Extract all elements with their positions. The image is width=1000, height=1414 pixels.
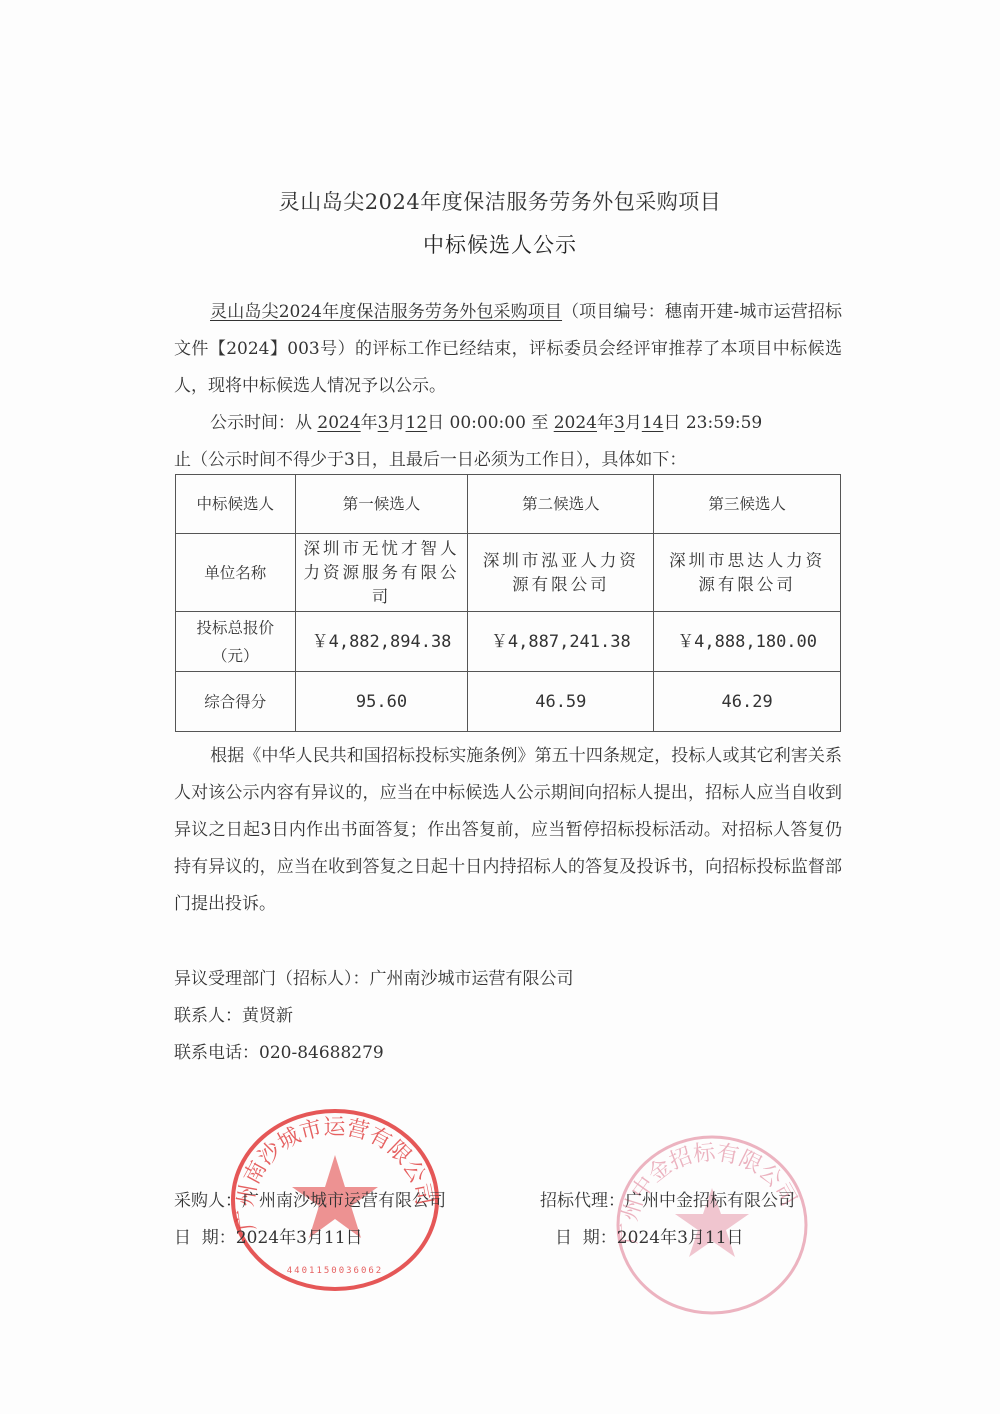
purchaser-signature: 采购人：广州南沙城市运营有限公司 bbox=[174, 1186, 446, 1211]
period-paragraph: 公示时间：从 2024年3月12日 00:00:00 至 2024年3月14日 … bbox=[174, 405, 842, 479]
row-label-company: 单位名称 bbox=[176, 534, 296, 612]
month-char: 月 bbox=[389, 413, 406, 433]
end-month: 3 bbox=[614, 413, 625, 433]
contact-phone: 联系电话：020-84688279 bbox=[174, 1038, 384, 1063]
year-char-2: 年 bbox=[597, 413, 614, 433]
end-year: 2024 bbox=[554, 413, 597, 433]
start-day: 12 bbox=[406, 413, 428, 433]
row-label-score: 综合得分 bbox=[176, 672, 296, 732]
objection-paragraph: 根据《中华人民共和国招标投标实施条例》第五十四条规定，投标人或其它利害关系人对该… bbox=[174, 738, 842, 923]
day-char-2: 日 bbox=[663, 413, 680, 433]
rank-2: 第二候选人 bbox=[468, 475, 654, 534]
to-char: 至 bbox=[531, 413, 548, 433]
start-month: 3 bbox=[378, 413, 389, 433]
month-char-2: 月 bbox=[625, 413, 642, 433]
contact-person: 联系人：黄贤新 bbox=[174, 1001, 293, 1026]
objection-text: 根据《中华人民共和国招标投标实施条例》第五十四条规定，投标人或其它利害关系人对该… bbox=[174, 746, 842, 914]
table-row-score: 综合得分 95.60 46.59 46.29 bbox=[176, 672, 841, 732]
price-2: ￥4,887,241.38 bbox=[468, 612, 654, 672]
candidates-table: 中标候选人 第一候选人 第二候选人 第三候选人 单位名称 深圳市无忧才智人力资源… bbox=[175, 474, 841, 732]
price-label-line2: （元） bbox=[212, 647, 259, 665]
score-3: 46.29 bbox=[654, 672, 841, 732]
price-3: ￥4,888,180.00 bbox=[654, 612, 841, 672]
document-page: 灵山岛尖2024年度保洁服务劳务外包采购项目 中标候选人公示 灵山岛尖2024年… bbox=[0, 0, 1000, 1414]
start-year: 2024 bbox=[317, 413, 360, 433]
company-3: 深圳市思达人力资源有限公司 bbox=[654, 534, 841, 612]
company-2: 深圳市泓亚人力资源有限公司 bbox=[468, 534, 654, 612]
rank-1: 第一候选人 bbox=[295, 475, 468, 534]
table-row-header: 中标候选人 第一候选人 第二候选人 第三候选人 bbox=[176, 475, 841, 534]
agent-date: 日 期：2024年3月11日 bbox=[555, 1223, 744, 1248]
table-row-company: 单位名称 深圳市无忧才智人力资源服务有限公司 深圳市泓亚人力资源有限公司 深圳市… bbox=[176, 534, 841, 612]
document-subtitle: 中标候选人公示 bbox=[0, 229, 1000, 259]
score-2: 46.59 bbox=[468, 672, 654, 732]
svg-text:4401150036062: 4401150036062 bbox=[287, 1266, 383, 1276]
objection-department: 异议受理部门（招标人）：广州南沙城市运营有限公司 bbox=[174, 964, 574, 989]
price-1: ￥4,882,894.38 bbox=[295, 612, 468, 672]
intro-paragraph: 灵山岛尖2024年度保洁服务劳务外包采购项目（项目编号：穗南开建-城市运营招标文… bbox=[174, 294, 842, 405]
end-day: 14 bbox=[642, 413, 664, 433]
period-suffix: 止（公示时间不得少于3日，且最后一日必须为工作日），具体如下： bbox=[174, 450, 686, 470]
price-label-line1: 投标总报价 bbox=[197, 619, 275, 637]
row-label-candidate: 中标候选人 bbox=[176, 475, 296, 534]
purchaser-date: 日 期：2024年3月11日 bbox=[174, 1223, 363, 1248]
table-row-price: 投标总报价（元） ￥4,882,894.38 ￥4,887,241.38 ￥4,… bbox=[176, 612, 841, 672]
day-char: 日 bbox=[427, 413, 444, 433]
score-1: 95.60 bbox=[295, 672, 468, 732]
row-label-price: 投标总报价（元） bbox=[176, 612, 296, 672]
agent-signature: 招标代理：广州中金招标有限公司 bbox=[540, 1186, 795, 1211]
period-prefix: 公示时间：从 bbox=[210, 413, 312, 433]
year-char: 年 bbox=[361, 413, 378, 433]
company-1: 深圳市无忧才智人力资源服务有限公司 bbox=[295, 534, 468, 612]
start-time: 00:00:00 bbox=[450, 413, 526, 433]
document-title: 灵山岛尖2024年度保洁服务劳务外包采购项目 bbox=[0, 186, 1000, 216]
end-time: 23:59:59 bbox=[686, 413, 762, 433]
project-name: 灵山岛尖2024年度保洁服务劳务外包采购项目 bbox=[210, 302, 562, 322]
rank-3: 第三候选人 bbox=[654, 475, 841, 534]
